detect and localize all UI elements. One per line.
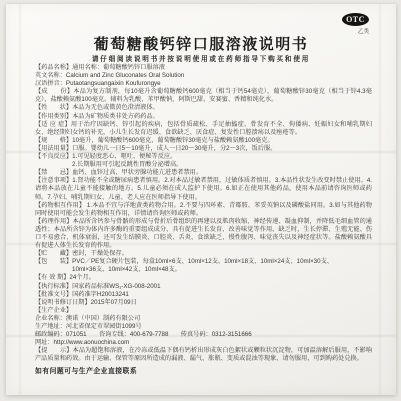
paragraph-line: 企业名称：澳诺（中国）制药有限公司 [35, 315, 372, 323]
otc-badge: OTC 乙类 [342, 13, 370, 35]
paragraph-line: 【适 应 症】用于治疗因缺钙、锌引起的疾病，包括骨质疏松、手足抽搐症、骨发育不全… [35, 121, 372, 137]
leaflet-body: 【药品名称】通用名称：葡萄糖酸钙锌口服溶液英文名称：Calcium and Zi… [35, 64, 372, 377]
leaflet-photo: OTC 乙类 葡萄糖酸钙锌口服溶液说明书 请仔细阅读说明书并按说明使用或在药师指… [0, 0, 401, 401]
otc-logo-icon: OTC [342, 13, 369, 26]
leaflet-paper: OTC 乙类 葡萄糖酸钙锌口服溶液说明书 请仔细阅读说明书并按说明使用或在药师指… [6, 4, 396, 395]
paragraph-line: 【药品名称】通用名称：葡萄糖酸钙锌口服溶液 [35, 64, 372, 72]
paragraph-line: 【注意事项】1.肾功能不全或糖尿病患者慎用。2.对本品过敏者禁用，过敏体质者慎用… [35, 177, 372, 201]
paragraph-line: 【有 效 期】24个月。 [35, 274, 372, 282]
page-subtitle: 请仔细阅读说明书并按说明使用或在药师指导下购买和使用 [6, 53, 396, 63]
paragraph-line: 【作用类别】本品为矿物质类非处方药药品。 [35, 113, 372, 121]
paragraph-line: 【批准文号】国药准字H20013241 [35, 291, 372, 299]
paragraph-line: 【执行标准】国家药品标准WS₁-XG-008-2001 [35, 283, 372, 291]
paragraph-line: 生产地址：河北省保定市翠园街1099号 [35, 323, 372, 331]
paragraph-line: 英文名称：Calcium and Zinc Gluconates Oral So… [35, 72, 372, 80]
paragraph-line: 【性 状】本品为无色或微黄色澄清液体。 [35, 104, 372, 112]
page-title: 葡萄糖酸钙锌口服溶液说明书 [6, 33, 396, 54]
paragraph-line: 【规 格】10毫升，葡萄糖酸钙600毫克，葡萄糖酸锌30毫克与盐酸赖氨酸100毫… [35, 137, 372, 145]
paragraph-line: 【提 示】本品为超饱和溶液，在冷冻或低温下偶有钙析出形成灰白色絮状或颗粒状沉淀物… [35, 347, 372, 363]
paragraph-line: 【用法用量】口服。婴幼儿一日5～10毫升，成人一日20～30毫升，分2～3次，饭… [35, 145, 372, 153]
footer-note: 如有问题可与生产企业直接联系 [35, 368, 372, 376]
paragraph-line: 【药理作用】本品所含钙参与骨骼的形成与骨折后骨组织的再建以及肌肉收缩、神经传递、… [35, 218, 372, 250]
paragraph-line: 【生产企业】 [35, 307, 372, 315]
paragraph-line: 【药物相互作用】 1.本品不宜与洋地黄类药物合用。2.不要与四环素、青霉胺、苯妥… [35, 202, 372, 218]
paragraph-line: 【说明书修订日期】2015年07月09日 [35, 299, 372, 307]
paragraph-line: 2.长期服用可引起反跳性胃酸分泌增高。 [35, 161, 372, 169]
paragraph-line: 【不良反应】1.可见轻度恶心、呕吐、便秘等反应。 [35, 153, 372, 161]
paragraph-line: 邮政编码：071051 咨询专线：400-679-7788 传真号码：0312-… [35, 331, 372, 339]
paragraph-line: 【成 份】本品为复方制剂，每10毫升含葡萄糖酸钙600毫克（相当于钙54毫克），… [35, 88, 372, 104]
